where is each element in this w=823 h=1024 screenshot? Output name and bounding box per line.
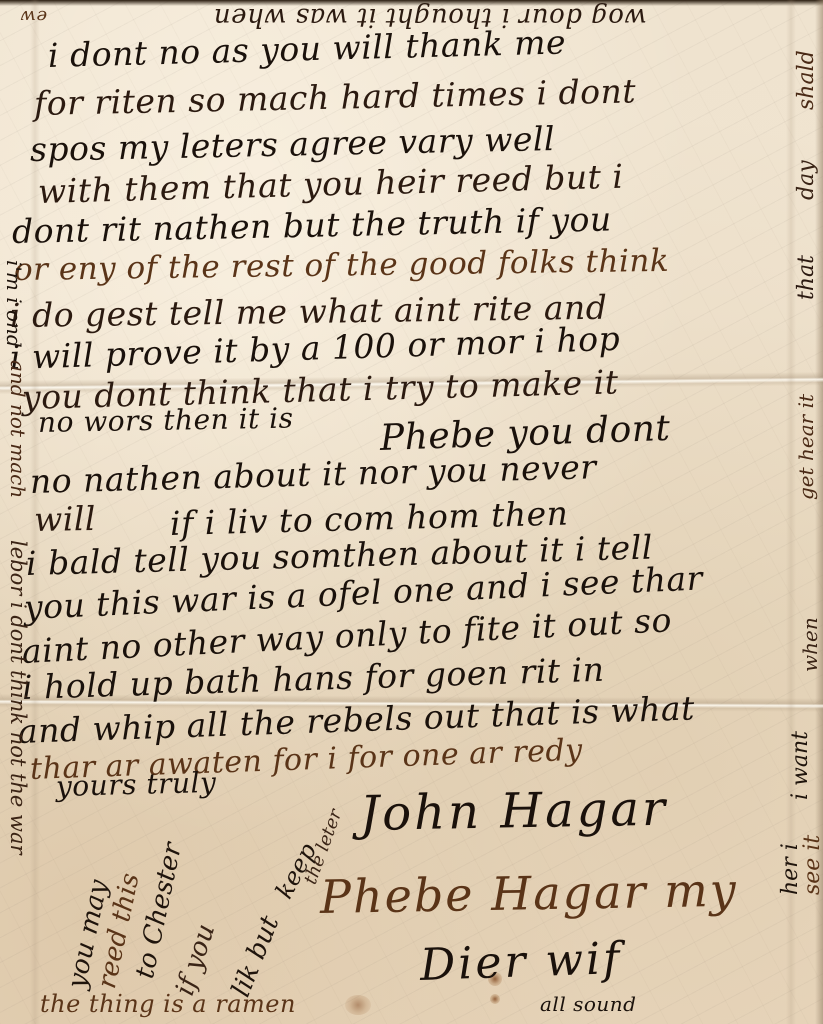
margin-note-left-middle: and not mach xyxy=(6,360,30,498)
margin-note-right-upper: shald xyxy=(794,50,819,110)
ink-stain xyxy=(345,995,371,1015)
ink-stain xyxy=(490,994,500,1004)
closing-line: yours truly xyxy=(56,766,217,803)
margin-note-right-lower: i want xyxy=(788,731,813,800)
addressee-line-1: Phebe Hagar my xyxy=(320,863,739,924)
letter-page: ew wog dour i thought it was when i dont… xyxy=(0,0,823,1024)
margin-note-right-middle-2: get hear it xyxy=(794,394,818,500)
upside-down-note-left: ew xyxy=(20,6,47,27)
margin-note-right-lower: when xyxy=(798,617,822,672)
letter-line: or eny of the rest of the good folks thi… xyxy=(14,243,670,288)
letter-line: will xyxy=(34,499,97,539)
margin-note-vertical: if you xyxy=(170,920,221,999)
signature-name: John Hagar xyxy=(360,781,669,842)
addressee-note: all sound xyxy=(540,992,636,1016)
bottom-line: the thing is a ramen xyxy=(40,990,296,1018)
margin-note-right-lower: see it xyxy=(800,835,823,895)
letter-line: no wors then it is xyxy=(38,402,294,439)
margin-note-left-upper: i'm i ond xyxy=(2,260,26,348)
letter-line: for riten so mach hard times i dont xyxy=(34,71,637,123)
letter-line: no nathen about it nor you never xyxy=(29,447,596,501)
addressee-line-2: Dier wif xyxy=(419,933,623,991)
margin-note-right-middle: that xyxy=(794,255,819,300)
margin-note-right-upper-2: day xyxy=(794,160,819,200)
margin-note-vertical: lik but xyxy=(226,912,285,1002)
margin-note-left-lower: lebor i dont think not the war xyxy=(6,540,30,855)
